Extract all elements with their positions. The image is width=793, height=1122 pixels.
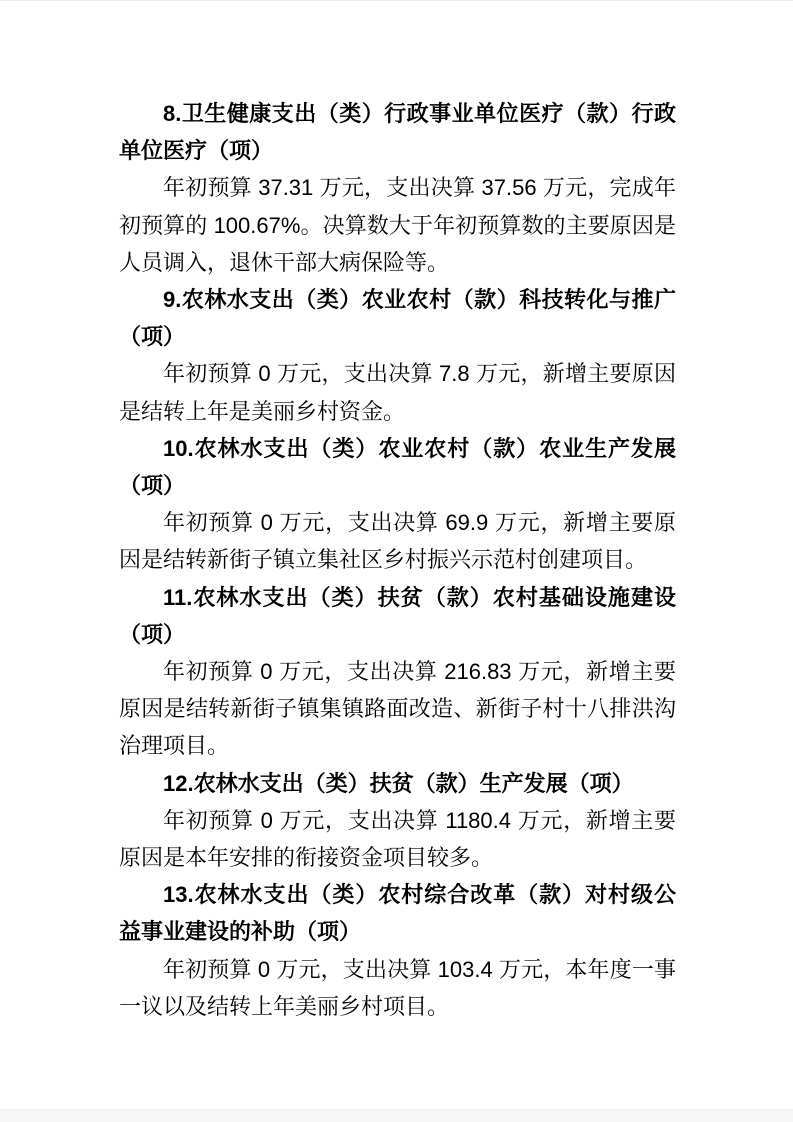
section-11-heading: 11.农林水支出（类）扶贫（款）农村基础设施建设（项）	[119, 579, 676, 653]
section-8-heading: 8.卫生健康支出（类）行政事业单位医疗（款）行政单位医疗（项）	[119, 95, 676, 169]
section-8-body: 年初预算 37.31 万元，支出决算 37.56 万元，完成年初预算的 100.…	[119, 169, 676, 281]
section-13-heading: 13.农林水支出（类）农村综合改革（款）对村级公益事业建设的补助（项）	[119, 876, 676, 950]
section-9-heading: 9.农林水支出（类）农业农村（款）科技转化与推广（项）	[119, 281, 676, 355]
section-12-heading: 12.农林水支出（类）扶贫（款）生产发展（项）	[119, 765, 676, 802]
page-bottom-edge	[0, 1109, 793, 1122]
section-9-body: 年初预算 0 万元，支出决算 7.8 万元，新增主要原因是结转上年是美丽乡村资金…	[119, 355, 676, 429]
section-12-body: 年初预算 0 万元，支出决算 1180.4 万元，新增主要原因是本年安排的衔接资…	[119, 802, 676, 876]
document-page: 8.卫生健康支出（类）行政事业单位医疗（款）行政单位医疗（项） 年初预算 37.…	[0, 0, 793, 1122]
document-body: 8.卫生健康支出（类）行政事业单位医疗（款）行政单位医疗（项） 年初预算 37.…	[119, 0, 676, 1025]
section-13-body: 年初预算 0 万元，支出决算 103.4 万元，本年度一事一议以及结转上年美丽乡…	[119, 951, 676, 1025]
section-10-heading: 10.农林水支出（类）农业农村（款）农业生产发展（项）	[119, 430, 676, 504]
section-11-body: 年初预算 0 万元，支出决算 216.83 万元，新增主要原因是结转新街子镇集镇…	[119, 653, 676, 765]
section-10-body: 年初预算 0 万元，支出决算 69.9 万元，新增主要原因是结转新街子镇立集社区…	[119, 504, 676, 578]
